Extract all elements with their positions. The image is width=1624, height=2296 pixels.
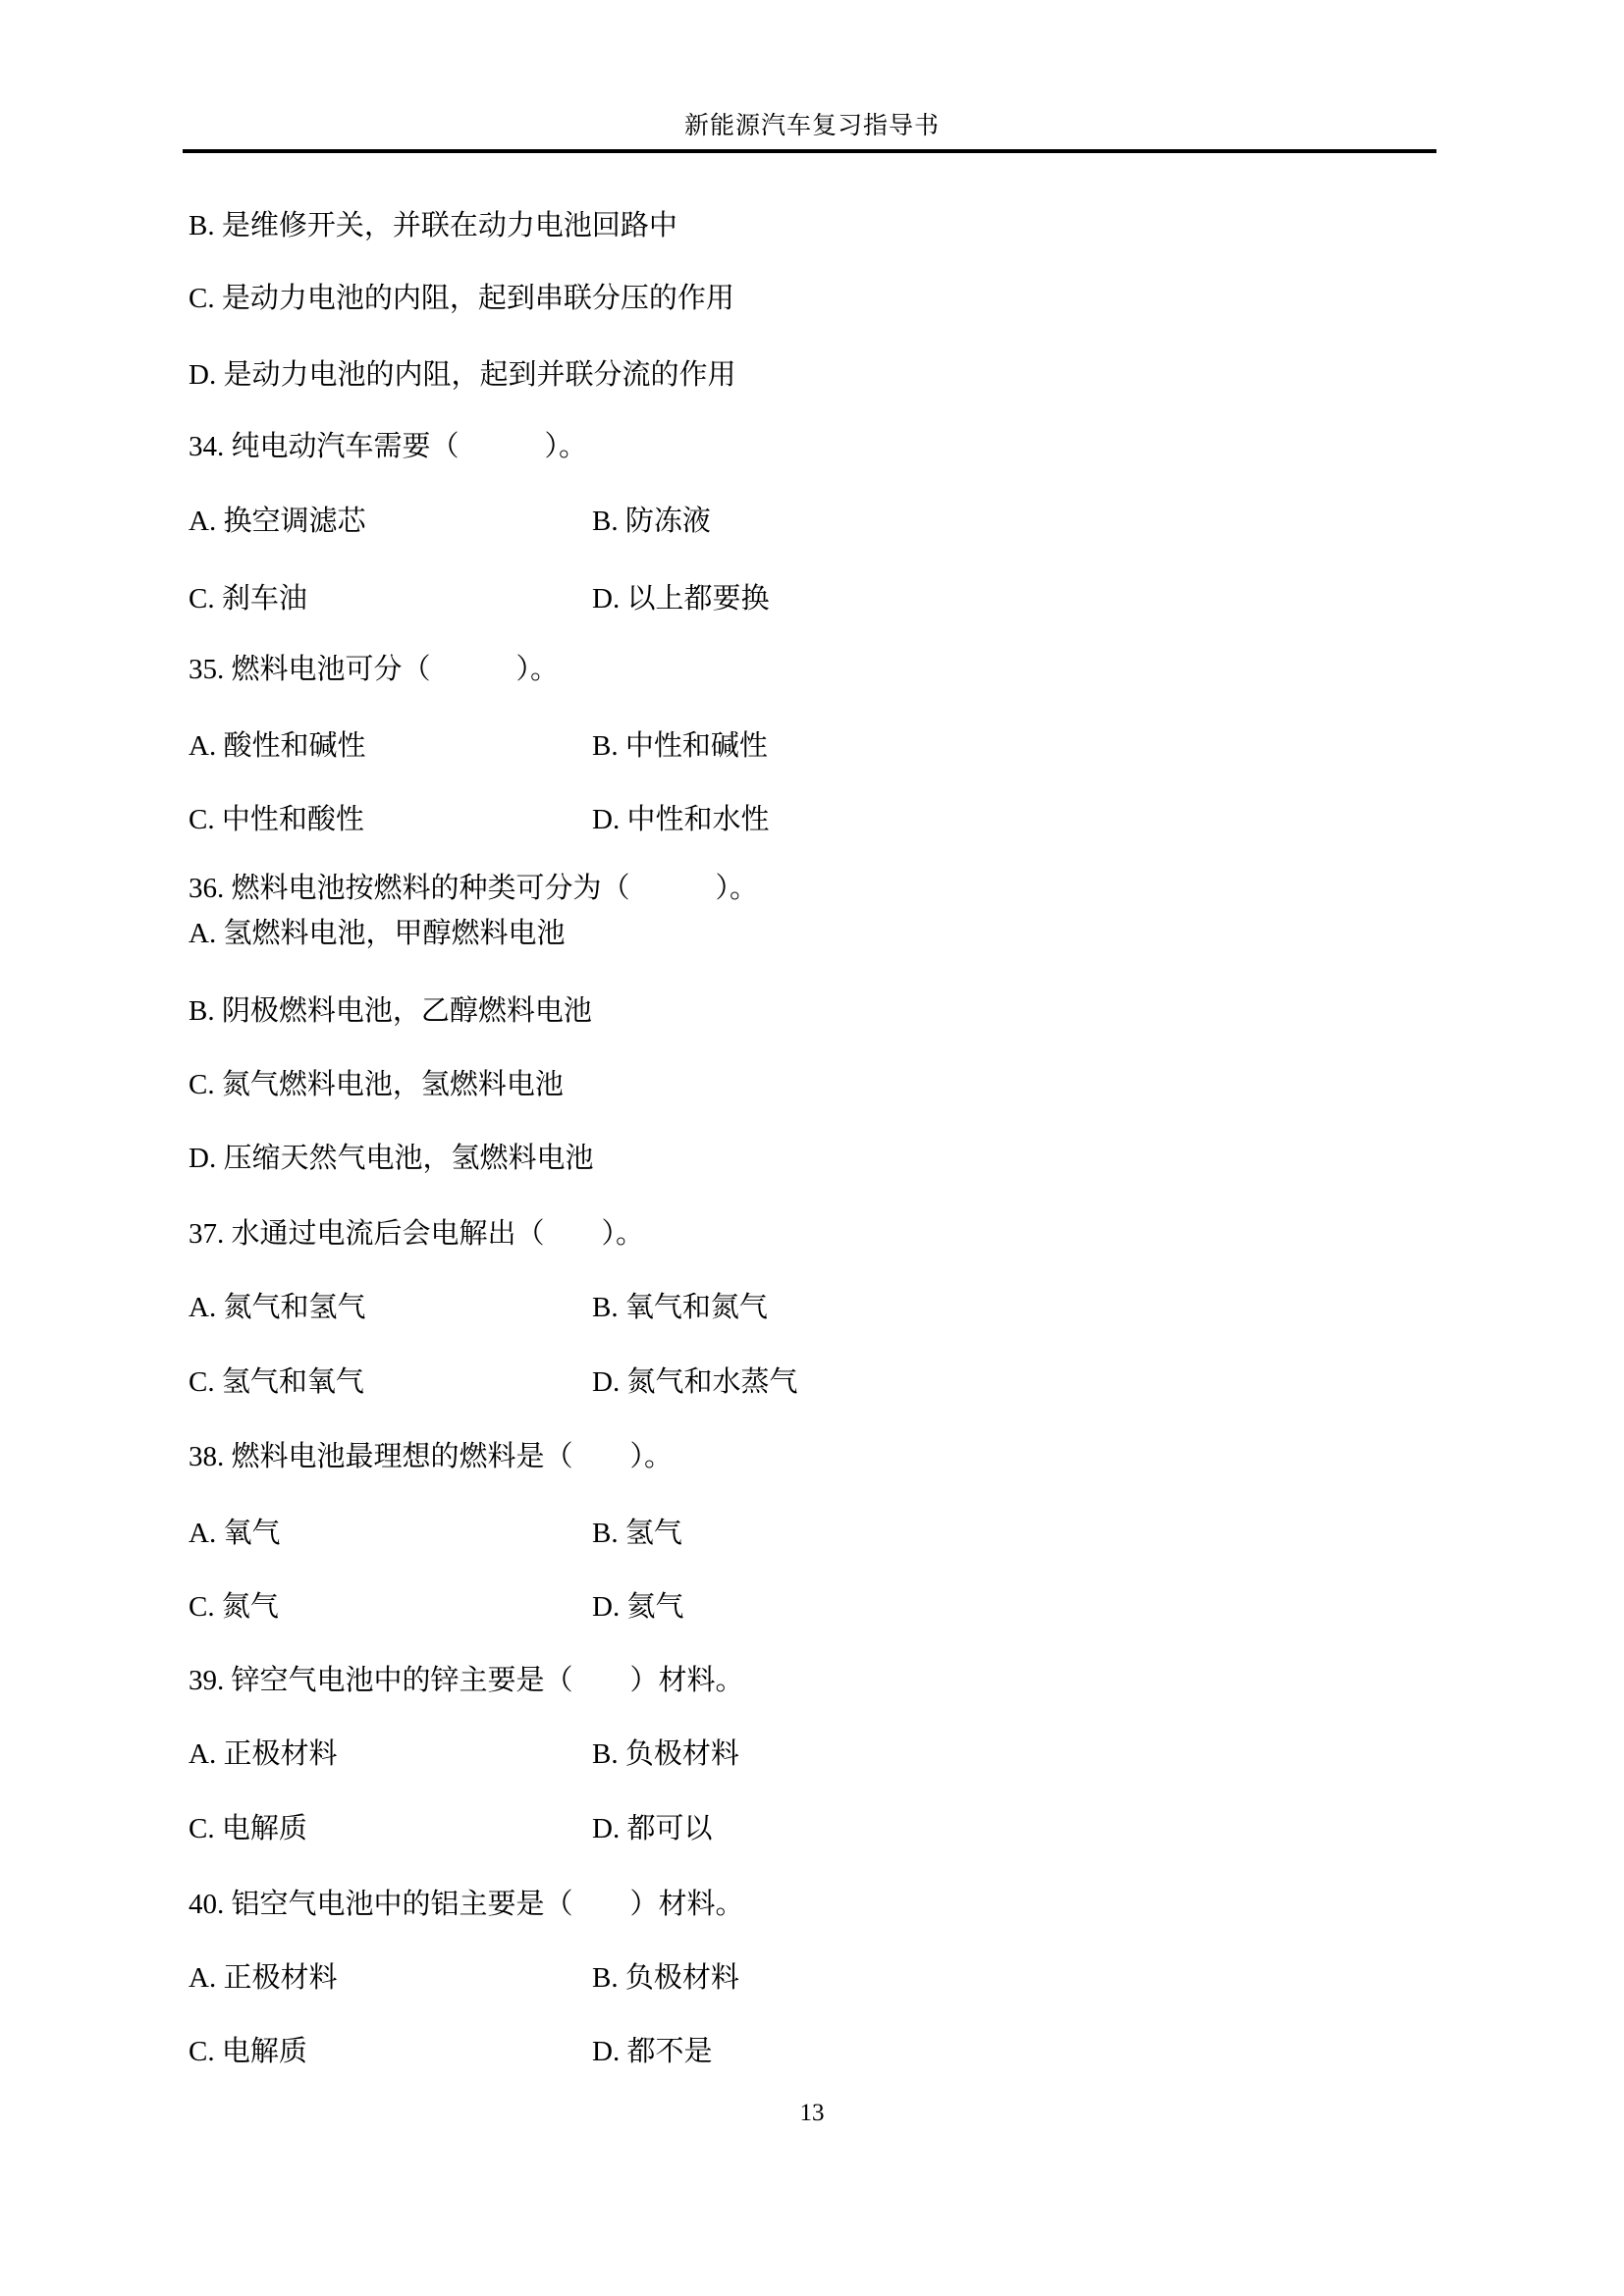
option-right: B. 防冻液: [592, 505, 711, 538]
options-row: A. 正极材料B. 负极材料: [189, 1737, 739, 1771]
option-left: A. 氮气和氢气: [189, 1291, 592, 1324]
question-line-37: 37. 水通过电流后会电解出（ ）。: [189, 1217, 644, 1251]
options-row: C. 氮气D. 氦气: [189, 1590, 683, 1624]
answer-option-line: D. 是动力电池的内阻，起到并联分流的作用: [189, 358, 735, 392]
question-line-40: 40. 铝空气电池中的铝主要是（ ）材料。: [189, 1888, 744, 1921]
option-left: C. 中性和酸性: [189, 803, 592, 836]
answer-option-line: C. 氮气燃料电池，氢燃料电池: [189, 1068, 564, 1101]
page-header-title: 新能源汽车复习指导书: [0, 110, 1624, 143]
question-line-35: 35. 燃料电池可分（ ）。: [189, 653, 559, 686]
answer-option-line: D. 压缩天然气电池，氢燃料电池: [189, 1142, 593, 1175]
options-row: C. 刹车油D. 以上都要换: [189, 582, 769, 615]
page-number: 13: [0, 2098, 1624, 2129]
answer-option-line: B. 阴极燃料电池，乙醇燃料电池: [189, 994, 592, 1028]
option-left: C. 电解质: [189, 1812, 592, 1845]
options-row: C. 电解质D. 都可以: [189, 1812, 712, 1845]
question-line-39: 39. 锌空气电池中的锌主要是（ ）材料。: [189, 1664, 744, 1697]
option-left: A. 正极材料: [189, 1961, 592, 1995]
options-row: C. 氢气和氧气D. 氮气和水蒸气: [189, 1365, 797, 1399]
option-left: A. 氧气: [189, 1517, 592, 1550]
options-row: A. 正极材料B. 负极材料: [189, 1961, 739, 1995]
option-right: D. 以上都要换: [592, 582, 769, 615]
option-left: C. 氮气: [189, 1590, 592, 1624]
option-right: D. 中性和水性: [592, 803, 769, 836]
options-row: A. 换空调滤芯B. 防冻液: [189, 505, 711, 538]
option-right: D. 氦气: [592, 1590, 683, 1624]
answer-option-line: A. 氢燃料电池，甲醇燃料电池: [189, 917, 565, 950]
option-left: C. 氢气和氧气: [189, 1365, 592, 1399]
answer-option-line: B. 是维修开关，并联在动力电池回路中: [189, 209, 677, 242]
option-left: A. 换空调滤芯: [189, 505, 592, 538]
option-right: B. 氢气: [592, 1517, 682, 1550]
option-left: C. 电解质: [189, 2035, 592, 2068]
document-page: 新能源汽车复习指导书 B. 是维修开关，并联在动力电池回路中 C. 是动力电池的…: [0, 0, 1624, 2296]
option-right: D. 都可以: [592, 1812, 712, 1845]
option-left: A. 正极材料: [189, 1737, 592, 1771]
options-row: C. 电解质D. 都不是: [189, 2035, 712, 2068]
question-line-34: 34. 纯电动汽车需要（ ）。: [189, 430, 587, 463]
option-right: B. 中性和碱性: [592, 729, 768, 763]
option-right: D. 氮气和水蒸气: [592, 1365, 797, 1399]
option-left: C. 刹车油: [189, 582, 592, 615]
option-right: B. 负极材料: [592, 1737, 739, 1771]
question-line-36: 36. 燃料电池按燃料的种类可分为（ ）。: [189, 872, 758, 905]
answer-option-line: C. 是动力电池的内阻，起到串联分压的作用: [189, 282, 734, 315]
options-row: A. 氧气B. 氢气: [189, 1517, 682, 1550]
question-line-38: 38. 燃料电池最理想的燃料是（ ）。: [189, 1440, 673, 1473]
header-divider-rule: [183, 149, 1436, 153]
options-row: A. 酸性和碱性B. 中性和碱性: [189, 729, 768, 763]
options-row: C. 中性和酸性D. 中性和水性: [189, 803, 769, 836]
option-right: B. 氧气和氮气: [592, 1291, 768, 1324]
option-left: A. 酸性和碱性: [189, 729, 592, 763]
option-right: B. 负极材料: [592, 1961, 739, 1995]
options-row: A. 氮气和氢气B. 氧气和氮气: [189, 1291, 768, 1324]
option-right: D. 都不是: [592, 2035, 712, 2068]
